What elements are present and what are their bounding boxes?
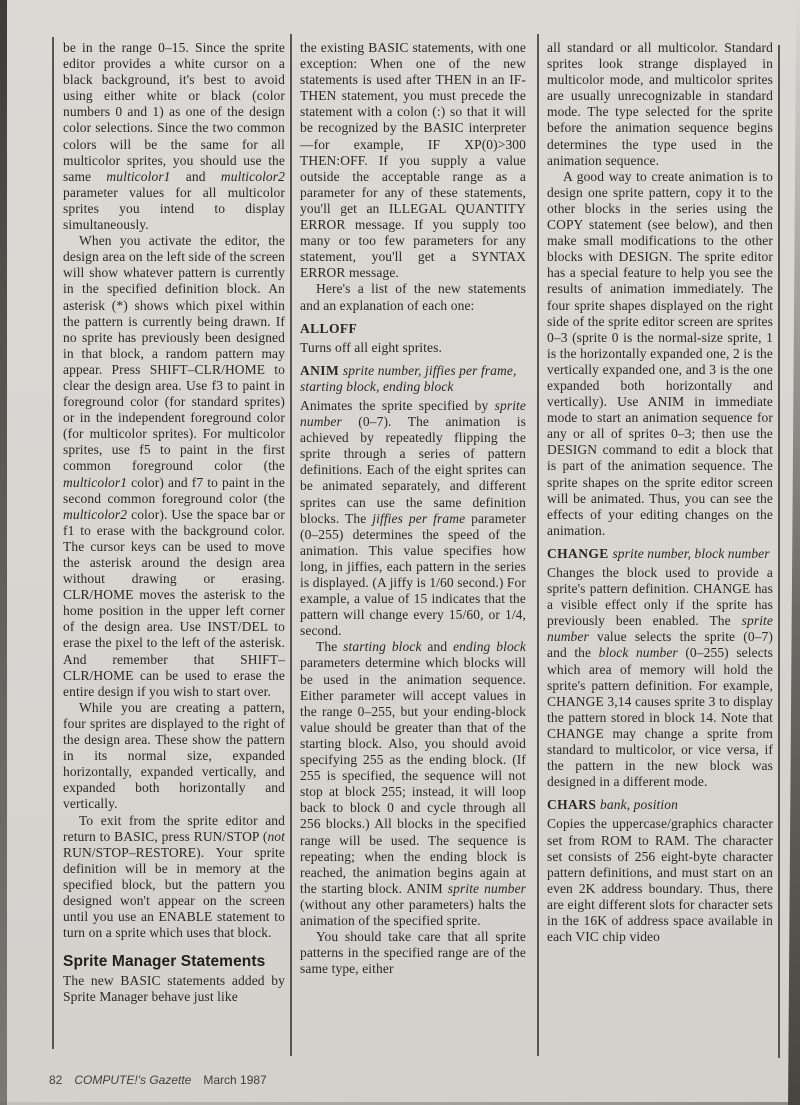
column-2: the existing BASIC statements, with one … — [300, 40, 526, 977]
text-run: bank, position — [600, 797, 678, 812]
section-heading: Sprite Manager Statements — [63, 954, 285, 970]
text-run: (0–7). The animation is achieved by repe… — [300, 414, 526, 526]
text-run: The new BASIC statements added by Sprite… — [63, 973, 285, 1004]
text-run: ANIM — [300, 363, 343, 378]
text-run: sprite number — [448, 881, 526, 896]
paragraph: To exit from the sprite editor and retur… — [63, 813, 285, 942]
paragraph: Turns off all eight sprites. — [300, 340, 526, 356]
column-rule-mid-1 — [290, 34, 292, 1056]
statement-heading: CHARS bank, position — [547, 797, 773, 813]
text-run: starting block — [343, 639, 421, 654]
paragraph: The starting block and ending block para… — [300, 639, 526, 929]
text-run: multicolor2 — [63, 507, 127, 522]
scan-edge-right — [787, 0, 800, 1105]
text-run: CHANGE — [547, 546, 612, 561]
text-run: To exit from the sprite editor and retur… — [63, 813, 285, 844]
paragraph: be in the range 0–15. Since the sprite e… — [63, 40, 285, 233]
text-run: (without any other parameters) halts the… — [300, 897, 526, 928]
text-run: Here's a list of the new statements and … — [300, 281, 526, 312]
column-1: be in the range 0–15. Since the sprite e… — [63, 40, 285, 1006]
text-run: You should take care that all sprite pat… — [300, 929, 526, 976]
text-run: parameters determine which blocks will b… — [300, 655, 526, 895]
paragraph: You should take care that all sprite pat… — [300, 929, 526, 977]
text-run: Copies the uppercase/graphics character … — [547, 816, 773, 944]
paragraph: the existing BASIC statements, with one … — [300, 40, 526, 281]
text-run: be in the range 0–15. Since the sprite e… — [63, 40, 285, 184]
statement-heading: ALLOFF — [300, 321, 526, 337]
text-run: (0–255) selects which area of memory wil… — [547, 645, 773, 789]
text-run: A good way to create animation is to des… — [547, 169, 773, 538]
text-run: Changes the block used to provide a spri… — [547, 565, 773, 628]
magazine-page: be in the range 0–15. Since the sprite e… — [0, 0, 800, 1105]
paragraph: Changes the block used to provide a spri… — [547, 565, 773, 790]
column-rule-left — [52, 37, 54, 1049]
text-run: RUN/STOP–RESTORE). Your sprite definitio… — [63, 845, 285, 940]
text-run: Animates the sprite specified by — [300, 398, 495, 413]
text-run: jiffies per frame — [372, 511, 465, 526]
text-run: multicolor1 — [63, 475, 127, 490]
column-3: all standard or all multicolor. Standard… — [547, 40, 773, 945]
text-run: ALLOFF — [300, 321, 357, 336]
paragraph: all standard or all multicolor. Standard… — [547, 40, 773, 169]
text-run: the existing BASIC statements, with one … — [300, 40, 526, 280]
scan-edge-left — [0, 0, 7, 1105]
text-run: multicolor2 — [221, 169, 285, 184]
text-run: and — [422, 639, 454, 654]
text-run: and — [171, 169, 221, 184]
text-run: block number — [599, 645, 678, 660]
text-run: parameter (0–255) determines the speed o… — [300, 511, 526, 639]
column-rule-mid-2 — [537, 34, 539, 1056]
text-run: Turns off all eight sprites. — [300, 340, 442, 355]
statement-heading: CHANGE sprite number, block number — [547, 546, 773, 562]
text-run: multicolor1 — [106, 169, 170, 184]
text-run: color). Use the space bar or f1 to erase… — [63, 507, 285, 699]
text-run: When you activate the editor, the design… — [63, 233, 285, 473]
text-run: The — [316, 639, 343, 654]
paragraph: When you activate the editor, the design… — [63, 233, 285, 700]
text-run: not — [267, 829, 285, 844]
text-run: CHARS — [547, 797, 600, 812]
text-run: parameter values for all multicolor spri… — [63, 185, 285, 232]
text-run: While you are creating a pattern, four s… — [63, 700, 285, 812]
paragraph: A good way to create animation is to des… — [547, 169, 773, 539]
paragraph: Animates the sprite specified by sprite … — [300, 398, 526, 639]
paragraph: The new BASIC statements added by Sprite… — [63, 973, 285, 1005]
statement-heading: ANIM sprite number, jiffies per frame, s… — [300, 363, 526, 395]
page-number: 82 — [49, 1073, 62, 1087]
text-run: all standard or all multicolor. Standard… — [547, 40, 773, 168]
text-run: sprite number, block number — [612, 546, 769, 561]
paragraph: While you are creating a pattern, four s… — [63, 700, 285, 813]
column-rule-right — [778, 45, 780, 1058]
text-run: ending block — [453, 639, 526, 654]
text-run: Sprite Manager Statements — [63, 953, 265, 970]
issue-date: March 1987 — [203, 1073, 266, 1087]
paragraph: Here's a list of the new statements and … — [300, 281, 526, 313]
paragraph: Copies the uppercase/graphics character … — [547, 816, 773, 945]
magazine-title: COMPUTE!'s Gazette — [74, 1073, 191, 1087]
page-footer: 82 COMPUTE!'s Gazette March 1987 — [49, 1073, 267, 1087]
